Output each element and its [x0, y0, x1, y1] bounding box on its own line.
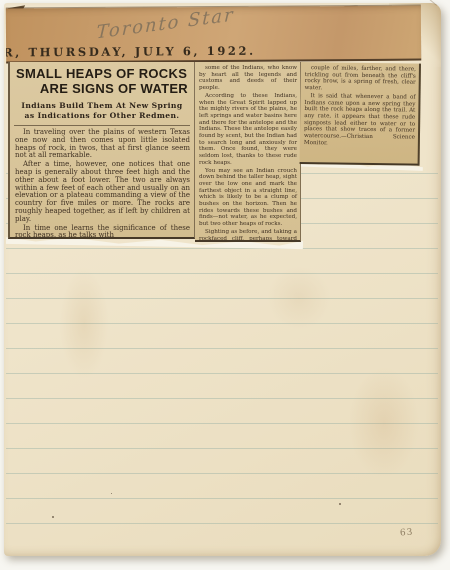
paragraph: In time one learns the significance of t… [15, 225, 190, 239]
paragraph: In traveling over the plains of western … [15, 129, 190, 160]
subhead: Indians Build Them At New Spring as Indi… [14, 101, 190, 126]
subhead-line-2: as Indications for Other Redmen. [14, 111, 190, 121]
paragraph: You may see an Indian crouch down behind… [199, 168, 297, 228]
clipping-column-1: SMALL HEAPS OF ROCKS ARE SIGNS OF WATER … [8, 62, 195, 239]
stain [334, 343, 434, 503]
stain [254, 253, 344, 343]
clipping-column-2: some of the Indians, who know by heart a… [195, 62, 301, 242]
clipping-dateline: R, THURSDAY, JULY 6, 1922. [6, 44, 256, 60]
column-1-text: In traveling over the plains of western … [10, 126, 194, 239]
speck [111, 493, 112, 494]
paragraph: some of the Indians, who know by heart a… [199, 65, 297, 92]
clipping-header-strip: Toronto Star R, THURSDAY, JULY 6, 1922. [6, 6, 421, 64]
paragraph: Sighting as before, and taking a rockfac… [199, 229, 297, 242]
subhead-line-1: Indians Build Them At New Spring [14, 101, 190, 111]
headline-line-1: SMALL HEAPS OF ROCKS [16, 66, 190, 81]
speck [339, 503, 341, 505]
column-3-text: couple of miles, farther, and there, tri… [300, 62, 419, 148]
paragraph: According to these Indians, when the Gre… [199, 93, 297, 167]
headline-line-2: ARE SIGNS OF WATER [16, 81, 190, 96]
headline: SMALL HEAPS OF ROCKS ARE SIGNS OF WATER [10, 62, 194, 96]
stain [49, 243, 119, 403]
paragraph: After a time, however, one notices that … [15, 161, 190, 223]
paragraph: It is said that whenever a band of India… [304, 93, 416, 148]
column-2-text: some of the Indians, who know by heart a… [195, 62, 300, 242]
clipping-column-3: couple of miles, farther, and there, tri… [300, 62, 421, 166]
paragraph: couple of miles, farther, and there, tri… [305, 65, 416, 93]
scanned-image: 63 Toronto Star R, THURSDAY, JULY 6, 192… [0, 0, 450, 570]
handwritten-note: Toronto Star [96, 6, 235, 44]
page-number: 63 [399, 528, 413, 539]
speck [52, 516, 54, 518]
